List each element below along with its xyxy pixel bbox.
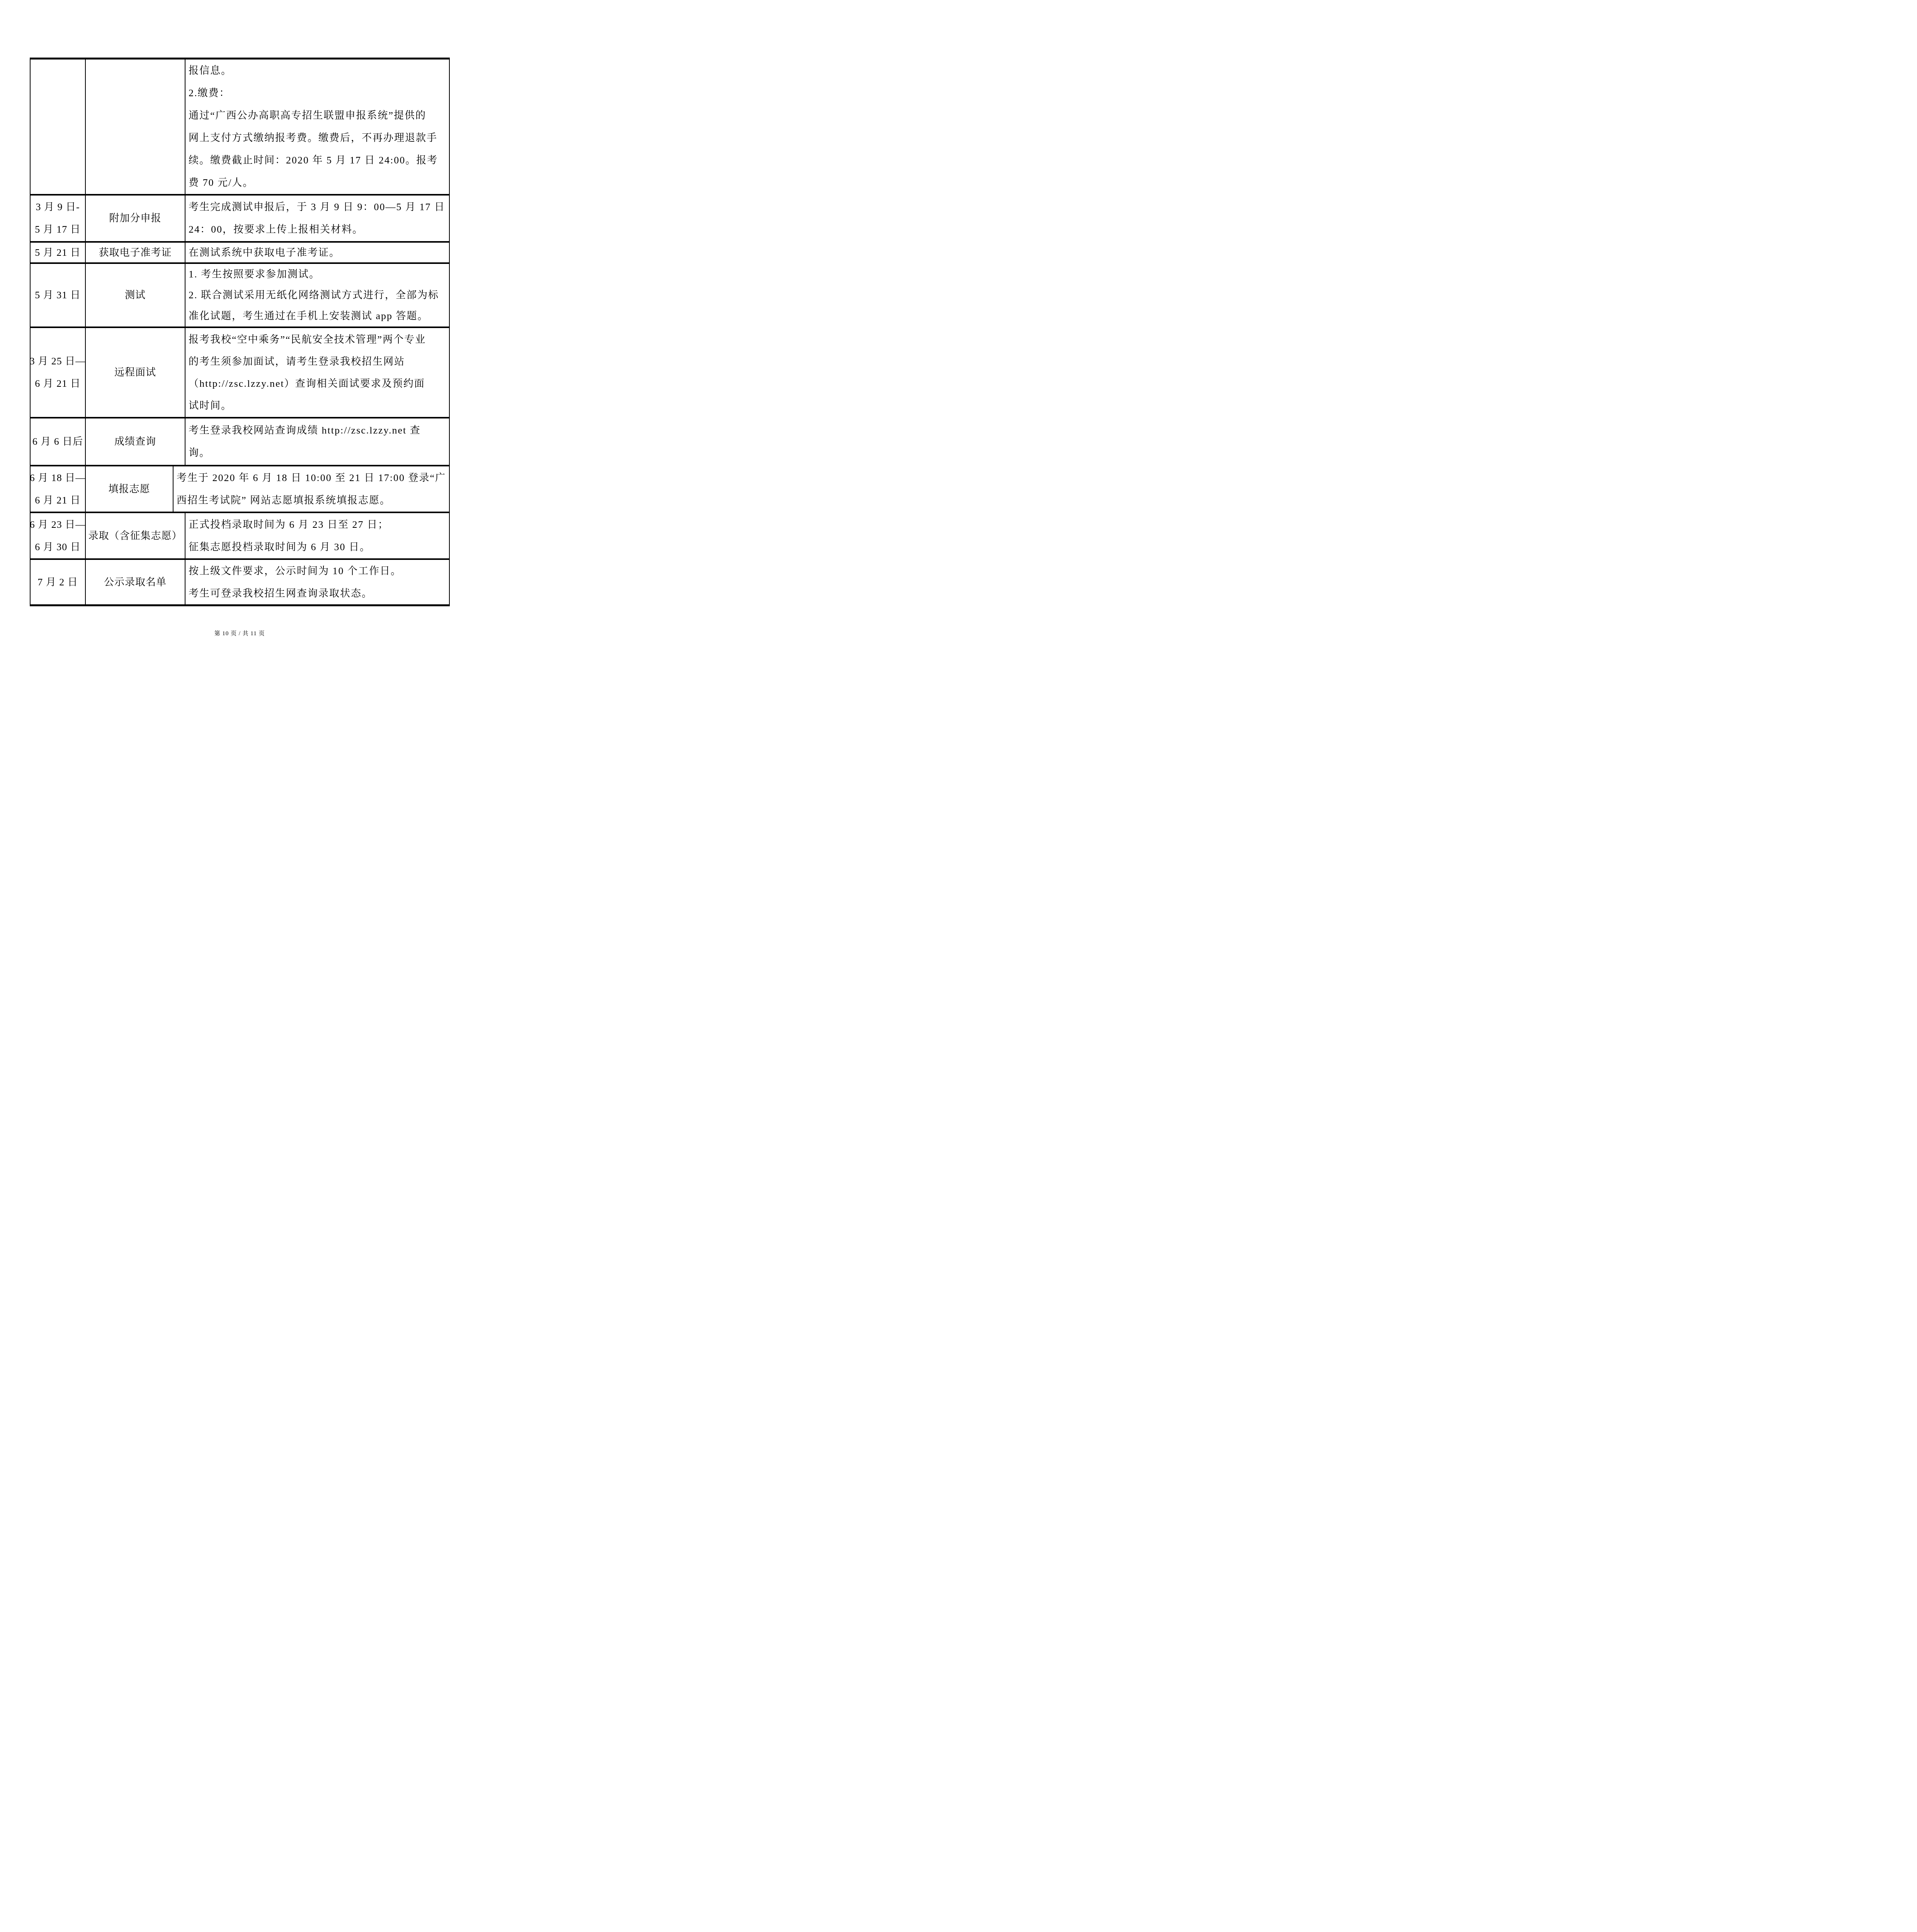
stage-cell: 成绩查询 xyxy=(86,418,185,465)
details-cell: 1. 考生按照要求参加测试。 2. 联合测试采用无纸化网络测试方式进行，全部为标… xyxy=(185,264,449,327)
text-line: 6 月 6 日后 xyxy=(32,430,83,453)
text-line: 5 月 31 日 xyxy=(35,284,81,306)
stage-cell: 填报志愿 xyxy=(86,466,173,512)
text-line: 6 月 18 日— xyxy=(30,467,86,489)
stage-label: 录取（含征集志愿） xyxy=(88,525,182,547)
text-line: 续。缴费截止时间：2020 年 5 月 17 日 24:00。报考 xyxy=(189,149,446,172)
text-line: 报考我校“空中乘务”“民航安全技术管理”两个专业 xyxy=(189,328,446,350)
details-cell: 报考我校“空中乘务”“民航安全技术管理”两个专业 的考生须参加面试，请考生登录我… xyxy=(185,328,449,417)
details-cell: 考生于 2020 年 6 月 18 日 10:00 至 21 日 17:00 登… xyxy=(173,466,449,512)
stage-label: 测试 xyxy=(125,284,146,306)
date-cell: 6 月 23 日— 6 月 30 日 xyxy=(31,513,86,558)
text-line: 6 月 21 日 xyxy=(35,372,81,395)
text-line: 5 月 21 日 xyxy=(35,241,81,264)
text-line: 考生登录我校网站查询成绩 http://zsc.lzzy.net 查 xyxy=(189,419,446,442)
text-line: 2. 联合测试采用无纸化网络测试方式进行，全部为标 xyxy=(189,285,446,306)
document-page: 报信息。 2.缴费： 通过“广西公办高职高专招生联盟申报系统”提供的 网上支付方… xyxy=(0,0,479,678)
stage-cell: 附加分申报 xyxy=(86,196,185,241)
date-cell: 6 月 18 日— 6 月 21 日 xyxy=(31,466,86,512)
text-line: （http://zsc.lzzy.net）查询相关面试要求及预约面 xyxy=(189,372,446,395)
text-line: 的考生须参加面试，请考生登录我校招生网站 xyxy=(189,350,446,372)
table-row: 3 月 9 日- 5 月 17 日 附加分申报 考生完成测试申报后，于 3 月 … xyxy=(31,196,449,243)
text-line: 考生完成测试申报后，于 3 月 9 日 9：00—5 月 17 日 xyxy=(189,196,446,218)
stage-label: 填报志愿 xyxy=(108,478,150,500)
date-cell: 7 月 2 日 xyxy=(31,560,86,604)
text-line: 报信息。 xyxy=(189,60,446,82)
table-row: 6 月 6 日后 成绩查询 考生登录我校网站查询成绩 http://zsc.lz… xyxy=(31,418,449,466)
table-row: 3 月 25 日— 6 月 21 日 远程面试 报考我校“空中乘务”“民航安全技… xyxy=(31,328,449,418)
text-line: 3 月 25 日— xyxy=(30,350,86,372)
stage-label: 获取电子准考证 xyxy=(99,241,172,264)
text-line: 6 月 23 日— xyxy=(30,514,86,536)
text-line: 试时间。 xyxy=(189,395,446,417)
date-cell: 6 月 6 日后 xyxy=(31,418,86,465)
text-line: 2.缴费： xyxy=(189,82,446,104)
details-cell: 按上级文件要求，公示时间为 10 个工作日。 考生可登录我校招生网查询录取状态。 xyxy=(185,560,449,604)
details-cell: 考生登录我校网站查询成绩 http://zsc.lzzy.net 查 询。 xyxy=(185,418,449,465)
details-cell: 报信息。 2.缴费： 通过“广西公办高职高专招生联盟申报系统”提供的 网上支付方… xyxy=(185,60,449,194)
details-cell: 正式投档录取时间为 6 月 23 日至 27 日； 征集志愿投档录取时间为 6 … xyxy=(185,513,449,558)
text-line: 准化试题，考生通过在手机上安装测试 app 答题。 xyxy=(189,306,446,327)
stage-cell xyxy=(86,60,185,194)
text-line: 7 月 2 日 xyxy=(37,571,78,594)
table-row: 报信息。 2.缴费： 通过“广西公办高职高专招生联盟申报系统”提供的 网上支付方… xyxy=(31,60,449,196)
stage-label: 成绩查询 xyxy=(114,430,156,453)
date-cell: 5 月 21 日 xyxy=(31,243,86,262)
text-line: 24：00，按要求上传上报相关材料。 xyxy=(189,218,446,241)
stage-label: 远程面试 xyxy=(114,361,156,384)
date-cell: 3 月 25 日— 6 月 21 日 xyxy=(31,328,86,417)
date-cell: 3 月 9 日- 5 月 17 日 xyxy=(31,196,86,241)
text-line: 5 月 17 日 xyxy=(35,218,81,241)
table-row: 6 月 23 日— 6 月 30 日 录取（含征集志愿） 正式投档录取时间为 6… xyxy=(31,513,449,560)
details-cell: 考生完成测试申报后，于 3 月 9 日 9：00—5 月 17 日 24：00，… xyxy=(185,196,449,241)
text-line: 通过“广西公办高职高专招生联盟申报系统”提供的 xyxy=(189,104,446,127)
table-row: 5 月 31 日 测试 1. 考生按照要求参加测试。 2. 联合测试采用无纸化网… xyxy=(31,264,449,328)
page-number-footer: 第 10 页 / 共 11 页 xyxy=(0,629,479,637)
text-line: 6 月 30 日 xyxy=(35,536,81,558)
text-line: 1. 考生按照要求参加测试。 xyxy=(189,264,446,285)
stage-cell: 远程面试 xyxy=(86,328,185,417)
text-line: 考生可登录我校招生网查询录取状态。 xyxy=(189,582,446,605)
date-cell xyxy=(31,60,86,194)
text-line: 费 70 元/人。 xyxy=(189,172,446,194)
text-line: 西招生考试院” 网站志愿填报系统填报志愿。 xyxy=(177,489,446,512)
text-line: 正式投档录取时间为 6 月 23 日至 27 日； xyxy=(189,514,446,536)
stage-label: 公示录取名单 xyxy=(104,571,167,594)
text-line: 征集志愿投档录取时间为 6 月 30 日。 xyxy=(189,536,446,558)
stage-label: 附加分申报 xyxy=(109,207,161,230)
text-line: 按上级文件要求，公示时间为 10 个工作日。 xyxy=(189,560,446,582)
date-cell: 5 月 31 日 xyxy=(31,264,86,327)
text-line: 询。 xyxy=(189,442,446,464)
stage-cell: 获取电子准考证 xyxy=(86,243,185,262)
details-cell: 在测试系统中获取电子准考证。 xyxy=(185,243,449,262)
schedule-table: 报信息。 2.缴费： 通过“广西公办高职高专招生联盟申报系统”提供的 网上支付方… xyxy=(30,58,450,606)
text-line: 考生于 2020 年 6 月 18 日 10:00 至 21 日 17:00 登… xyxy=(177,467,446,489)
table-row: 7 月 2 日 公示录取名单 按上级文件要求，公示时间为 10 个工作日。 考生… xyxy=(31,560,449,604)
table-row: 5 月 21 日 获取电子准考证 在测试系统中获取电子准考证。 xyxy=(31,243,449,264)
text-line: 3 月 9 日- xyxy=(36,196,80,218)
stage-cell: 公示录取名单 xyxy=(86,560,185,604)
text-line: 在测试系统中获取电子准考证。 xyxy=(189,241,446,264)
text-line: 6 月 21 日 xyxy=(35,489,81,512)
stage-cell: 测试 xyxy=(86,264,185,327)
text-line: 网上支付方式缴纳报考费。缴费后，不再办理退款手 xyxy=(189,127,446,149)
table-row: 6 月 18 日— 6 月 21 日 填报志愿 考生于 2020 年 6 月 1… xyxy=(31,466,449,513)
stage-cell: 录取（含征集志愿） xyxy=(86,513,185,558)
